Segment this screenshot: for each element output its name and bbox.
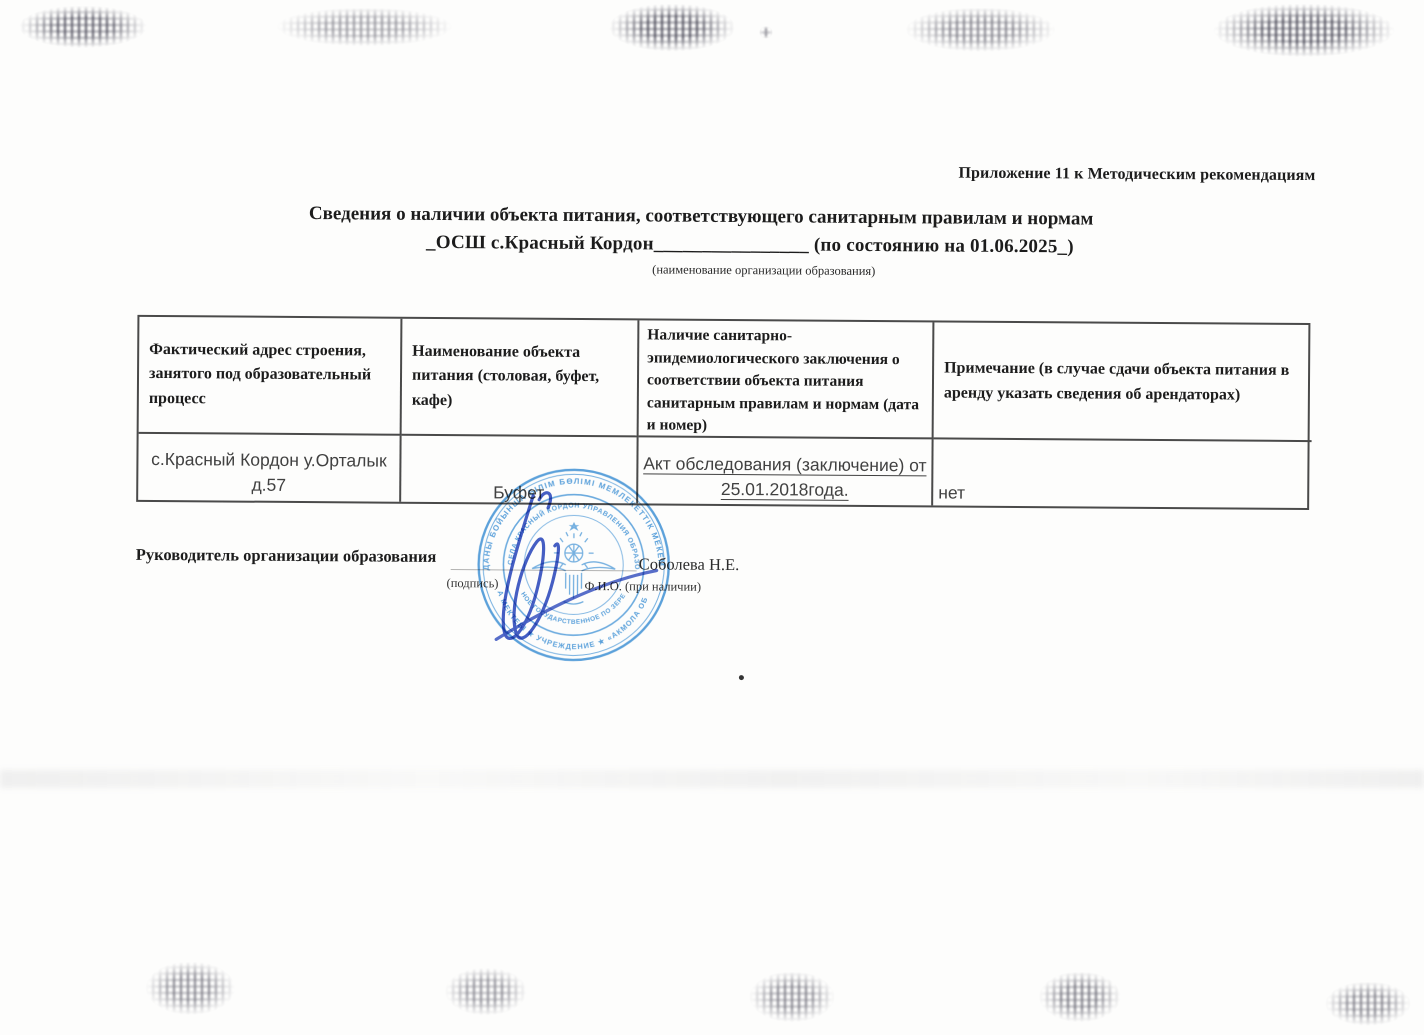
document-content: Приложение 11 к Методическим рекомендаци… <box>0 0 1424 1035</box>
cell-address: с.Красный Кордон у.Орталык д.57 <box>138 434 401 502</box>
header-note: Примечание (в случае сдачи объекта питан… <box>934 322 1313 442</box>
food-facility-table: Фактический адрес строения, занятого под… <box>136 315 1310 510</box>
annex-note: Приложение 11 к Методическим рекомендаци… <box>931 164 1315 185</box>
header-address: Фактический адрес строения, занятого под… <box>139 317 403 436</box>
handwritten-signature <box>468 451 710 693</box>
scanned-document-page: Приложение 11 к Методическим рекомендаци… <box>0 0 1424 1035</box>
subtitle-caption: (наименование организации образования) <box>464 261 1064 280</box>
document-subtitle: _ОСШ с.Красный Кордон________________ (п… <box>175 230 1325 260</box>
ink-dot-artifact <box>739 675 744 680</box>
note-value: нет <box>938 481 965 503</box>
header-conclusion: Наличие санитарно-эпидемиологического за… <box>639 320 935 439</box>
document-title: Сведения о наличии объекта питания, соот… <box>131 202 1271 232</box>
address-line1: с.Красный Кордон у.Орталык <box>138 447 399 474</box>
director-label: Руководитель организации образования <box>136 545 437 567</box>
address-line2: д.57 <box>138 472 399 499</box>
cell-note: нет <box>933 439 1311 508</box>
header-facility: Наименование объекта питания (столовая, … <box>402 319 640 438</box>
